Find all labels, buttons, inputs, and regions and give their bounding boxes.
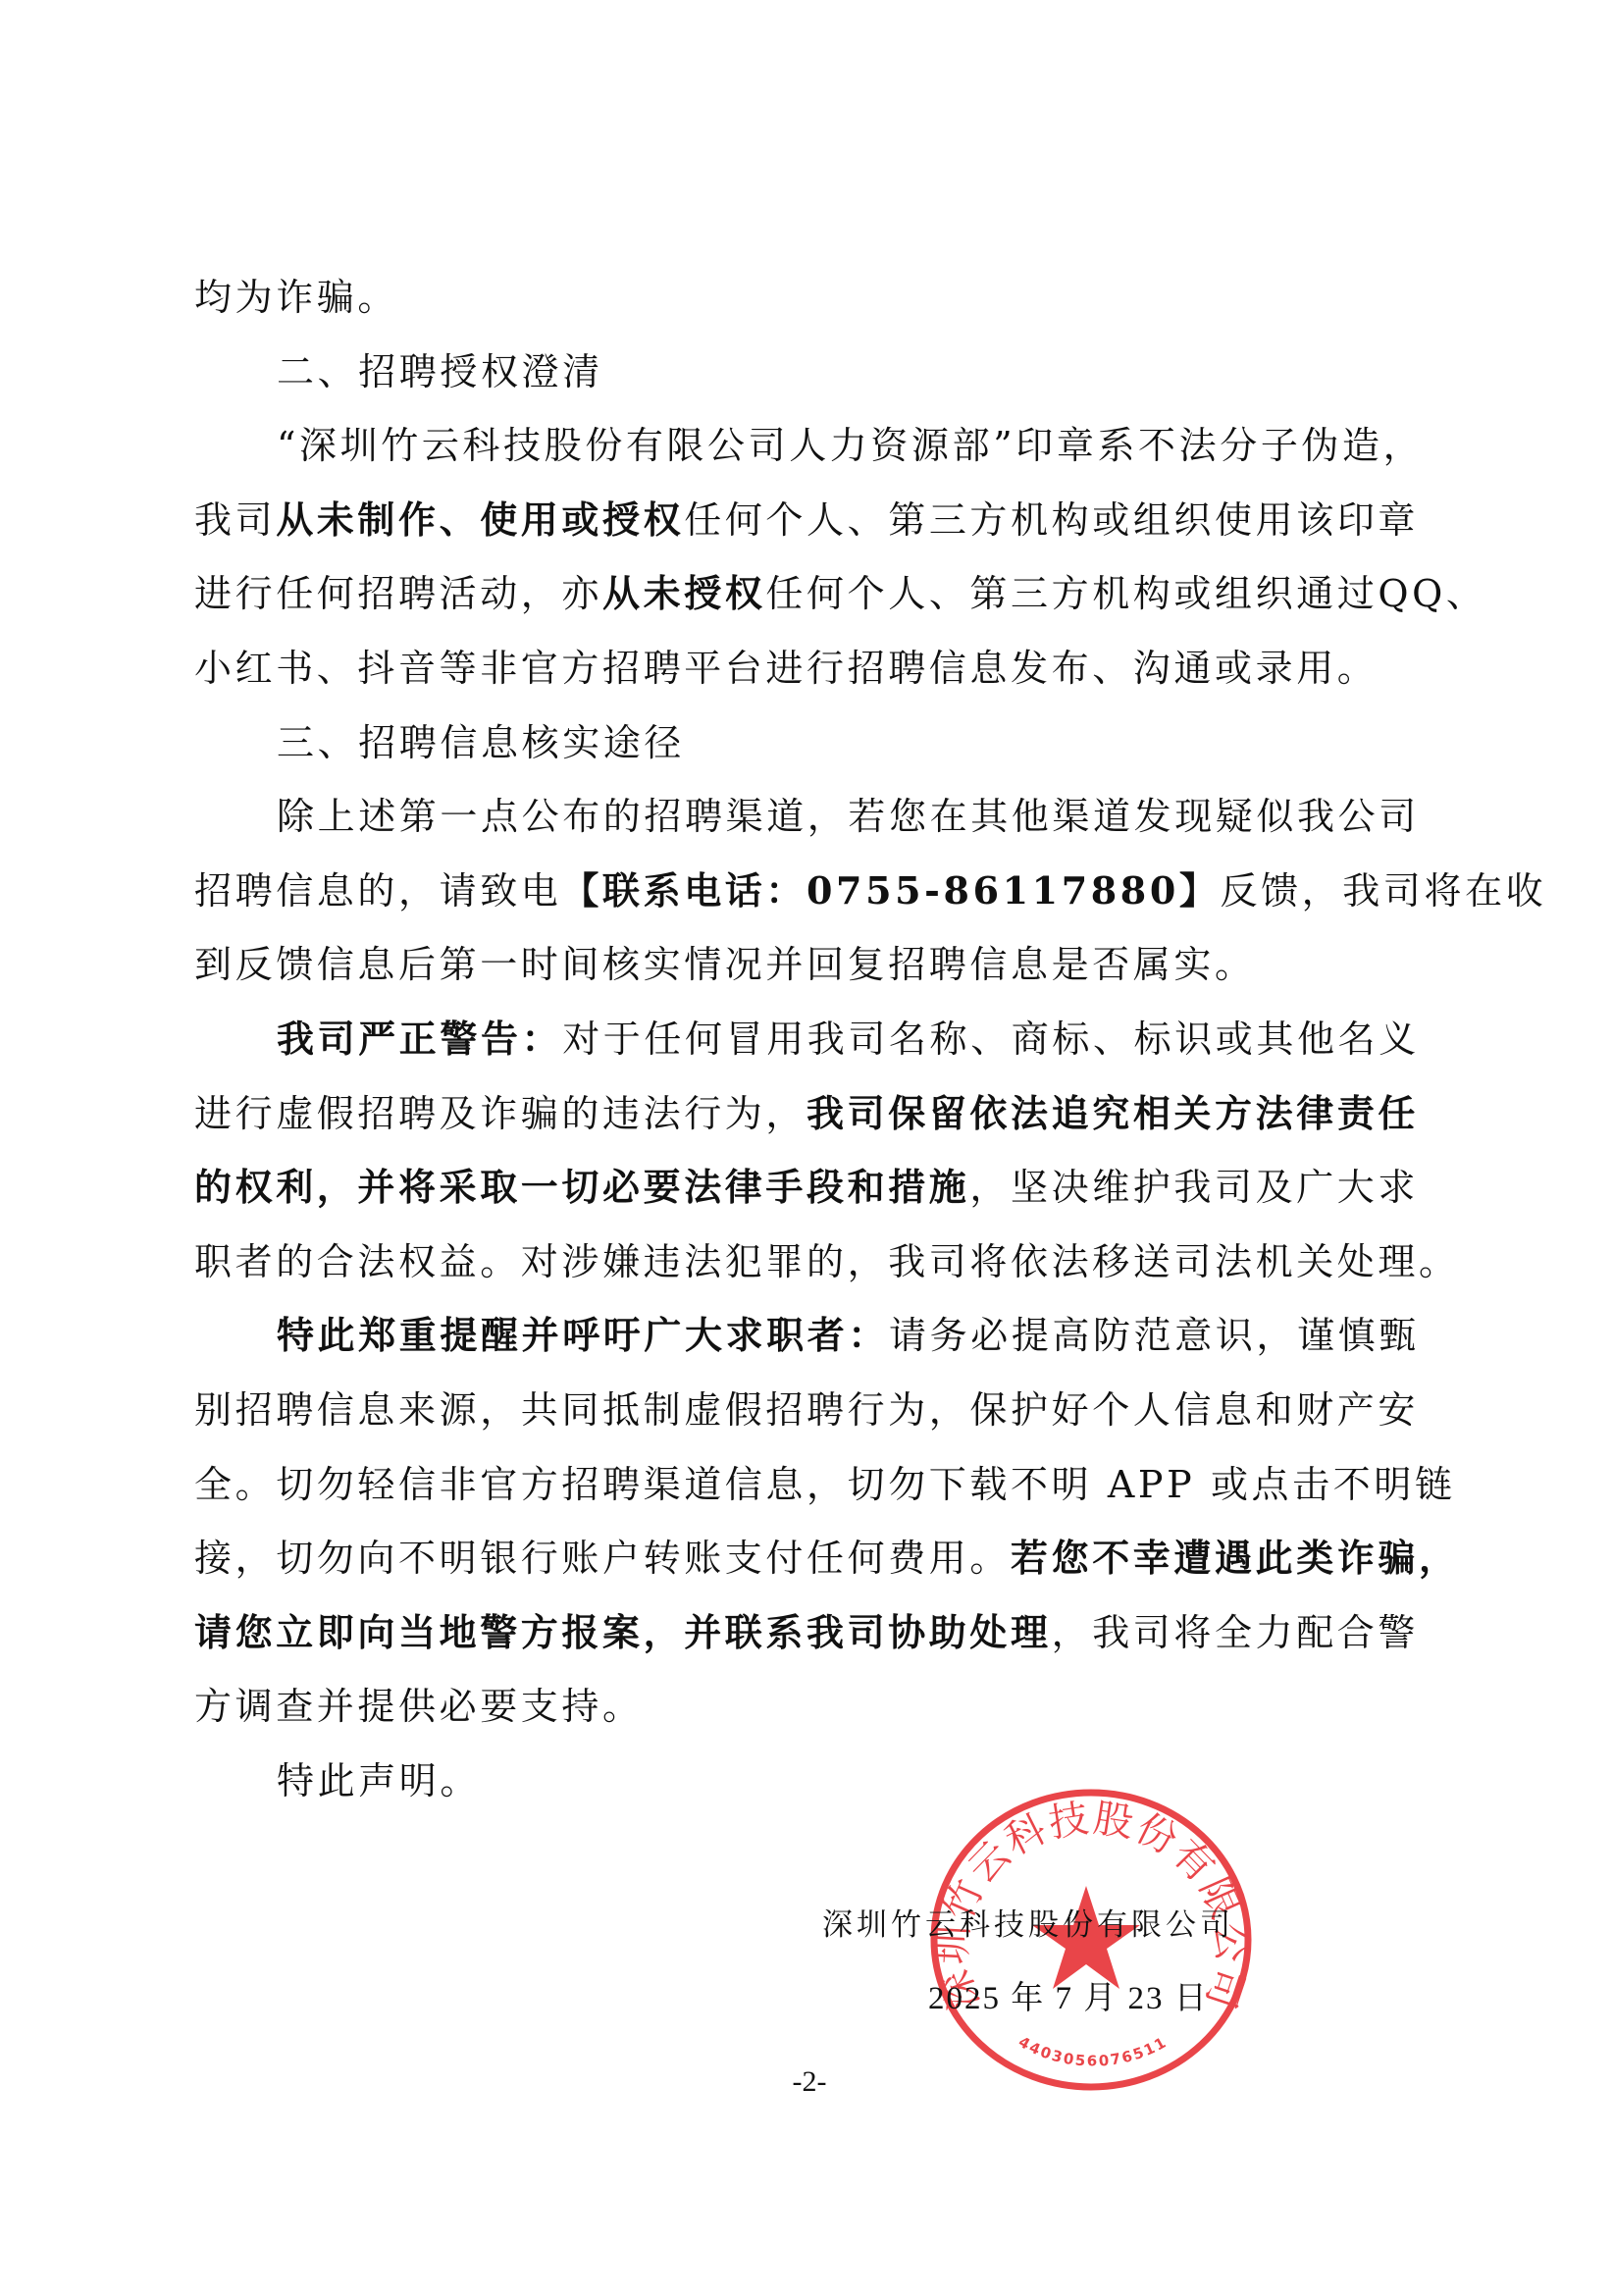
text-segment: 三、招聘信息核实途径 [277, 721, 685, 764]
text-segment: 我司 [194, 498, 276, 542]
page-number: -2- [775, 2064, 844, 2100]
text-segment: 职者的合法权益。对涉嫌违法犯罪的，我司将依法移送司法机关处理。 [194, 1240, 1460, 1283]
text-line: 三、招聘信息核实途径 [277, 713, 1421, 772]
text-line: 进行虚假招聘及诈骗的违法行为，我司保留依法追究相关方法律责任 [194, 1084, 1421, 1143]
bold-text-segment: 请您立即向当地警方报案，并联系我司协助处理 [194, 1610, 1052, 1654]
text-line: 特此郑重提醒并呼吁广大求职者：请务必提高防范意识，谨慎甄 [277, 1306, 1421, 1365]
text-segment: 小红书、抖音等非官方招聘平台进行招聘信息发布、沟通或录用。 [194, 647, 1378, 690]
text-line: 招聘信息的，请致电【联系电话：0755-86117880】反馈，我司将在收 [194, 861, 1421, 920]
text-segment: ，坚决维护我司及广大求 [969, 1166, 1419, 1209]
text-segment: 全。切勿轻信非官方招聘渠道信息，切勿下载不明 APP 或点击不明链 [194, 1463, 1456, 1506]
text-segment: 到反馈信息后第一时间核实情况并回复招聘信息是否属实。 [194, 943, 1256, 986]
text-segment: 对于任何冒用我司名称、商标、标识或其他名义 [562, 1018, 1420, 1061]
text-segment: 请务必提高防范意识，谨慎甄 [889, 1314, 1420, 1357]
text-segment: “深圳竹云科技股份有限公司人力资源部”印章系不法分子伪造， [277, 424, 1424, 467]
bold-text-segment: 特此郑重提醒并呼吁广大求职者： [277, 1313, 889, 1357]
text-line: 我司从未制作、使用或授权任何个人、第三方机构或组织使用该印章 [194, 491, 1421, 549]
signature-date: 2025 年 7 月 23 日 [928, 1977, 1209, 2020]
text-line: 方调查并提供必要支持。 [194, 1677, 1421, 1736]
text-line: 请您立即向当地警方报案，并联系我司协助处理，我司将全力配合警 [194, 1603, 1421, 1662]
bold-text-segment: 的权利，并将采取一切必要法律手段和措施 [194, 1165, 969, 1209]
text-segment: 任何个人、第三方机构或组织使用该印章 [684, 498, 1419, 542]
text-segment: 反馈，我司将在收 [1220, 869, 1546, 913]
text-line: 的权利，并将采取一切必要法律手段和措施，坚决维护我司及广大求 [194, 1158, 1421, 1217]
bold-text-segment: 我司保留依法追究相关方法律责任 [806, 1091, 1419, 1135]
text-segment: 进行任何招聘活动，亦 [194, 572, 602, 615]
signature-company: 深圳竹云科技股份有限公司 [822, 1904, 1234, 1947]
text-line: 均为诈骗。 [194, 268, 1421, 327]
text-segment: 招聘信息的，请致电 [194, 869, 561, 913]
text-line: 全。切勿轻信非官方招聘渠道信息，切勿下载不明 APP 或点击不明链 [194, 1455, 1421, 1514]
bold-text-segment: 从未制作、使用或授权 [276, 497, 684, 542]
text-line: 小红书、抖音等非官方招聘平台进行招聘信息发布、沟通或录用。 [194, 639, 1421, 698]
bold-text-segment: 从未授权 [602, 571, 765, 615]
text-line: 别招聘信息来源，共同抵制虚假招聘行为，保护好个人信息和财产安 [194, 1381, 1421, 1439]
text-segment: ，我司将全力配合警 [1052, 1611, 1419, 1654]
bold-text-segment: 我司严正警告： [277, 1017, 562, 1061]
text-line: 进行任何招聘活动，亦从未授权任何个人、第三方机构或组织通过QQ、 [194, 564, 1421, 623]
text-line: 职者的合法权益。对涉嫌违法犯罪的，我司将依法移送司法机关处理。 [194, 1232, 1421, 1291]
bold-text-segment: 【联系电话：0755-86117880】 [561, 868, 1220, 913]
text-line: “深圳竹云科技股份有限公司人力资源部”印章系不法分子伪造， [277, 416, 1421, 475]
text-line: 接，切勿向不明银行账户转账支付任何费用。若您不幸遭遇此类诈骗， [194, 1529, 1421, 1588]
text-segment: 进行虚假招聘及诈骗的违法行为， [194, 1092, 806, 1135]
text-segment: 二、招聘授权澄清 [277, 350, 603, 393]
svg-text:4403056076511: 4403056076511 [1015, 2033, 1171, 2070]
text-segment: 方调查并提供必要支持。 [194, 1685, 644, 1728]
text-line: 除上述第一点公布的招聘渠道，若您在其他渠道发现疑似我公司 [277, 787, 1421, 846]
text-line: 我司严正警告：对于任何冒用我司名称、商标、标识或其他名义 [277, 1010, 1421, 1069]
text-segment: 除上述第一点公布的招聘渠道，若您在其他渠道发现疑似我公司 [277, 795, 1420, 838]
text-line: 到反馈信息后第一时间核实情况并回复招聘信息是否属实。 [194, 935, 1421, 994]
text-line: 二、招聘授权澄清 [277, 342, 1421, 401]
document-page: 均为诈骗。二、招聘授权澄清“深圳竹云科技股份有限公司人力资源部”印章系不法分子伪… [0, 0, 1613, 2296]
text-segment: 别招聘信息来源，共同抵制虚假招聘行为，保护好个人信息和财产安 [194, 1388, 1419, 1432]
text-segment: 均为诈骗。 [194, 276, 398, 319]
text-segment: 特此声明。 [277, 1759, 481, 1802]
text-segment: 任何个人、第三方机构或组织通过QQ、 [765, 572, 1486, 615]
text-segment: 接，切勿向不明银行账户转账支付任何费用。 [194, 1537, 1011, 1580]
bold-text-segment: 若您不幸遭遇此类诈骗， [1011, 1536, 1460, 1580]
